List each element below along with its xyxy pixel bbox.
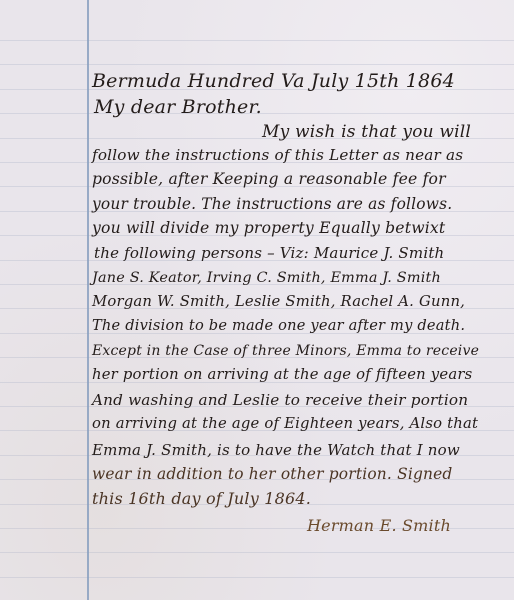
body-line: follow the instructions of this Letter a… — [92, 148, 463, 163]
ruled-line — [0, 40, 514, 41]
salutation: My dear Brother. — [94, 98, 262, 117]
ruled-line — [0, 64, 514, 65]
signature: Herman E. Smith — [307, 518, 451, 534]
body-line: on arriving at the age of Eighteen years… — [92, 417, 478, 432]
body-line: Except in the Case of three Minors, Emma… — [92, 344, 479, 358]
body-line: her portion on arriving at the age of fi… — [92, 368, 472, 383]
body-line: wear in addition to her other portion. S… — [92, 467, 452, 482]
body-line: your trouble. The instructions are as fo… — [92, 197, 452, 212]
body-line: you will divide my property Equally betw… — [92, 221, 445, 237]
place-date-line: Bermuda Hundred Va July 15th 1864 — [92, 72, 455, 91]
margin-line — [87, 0, 89, 600]
body-line: Morgan W. Smith, Leslie Smith, Rachel A.… — [92, 295, 465, 310]
body-line: Emma J. Smith, is to have the Watch that… — [92, 443, 460, 458]
body-line: My wish is that you will — [262, 124, 471, 141]
body-line: the following persons – Viz: Maurice J. … — [94, 246, 444, 261]
body-line: The division to be made one year after m… — [92, 319, 465, 334]
body-line: possible, after Keeping a reasonable fee… — [92, 172, 446, 188]
body-line: this 16th day of July 1864. — [92, 491, 311, 507]
body-line: And washing and Leslie to receive their … — [92, 393, 468, 408]
ruled-line — [0, 577, 514, 578]
body-line: Jane S. Keator, Irving C. Smith, Emma J.… — [92, 271, 441, 285]
ruled-line — [0, 552, 514, 553]
